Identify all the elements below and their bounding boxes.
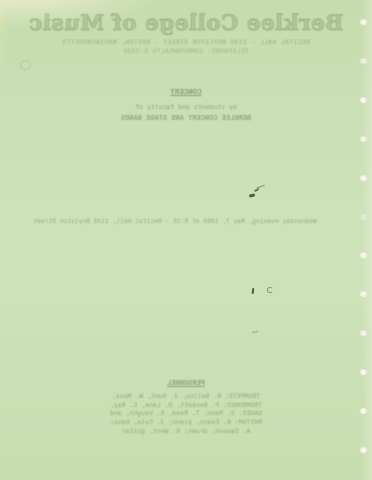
ghost-personnel-line: A. Dawson, drums; G. West, guitar bbox=[0, 428, 372, 437]
ink-tick-mark bbox=[252, 288, 254, 294]
ghost-personnel-heading: PERSONNEL bbox=[0, 380, 372, 388]
ghost-personnel-line: TROMBONES: P. Beckett, D. Lane, C. Ray, bbox=[0, 402, 372, 411]
punch-hole bbox=[360, 251, 367, 258]
ghost-letterhead-title: Berklee College of Music bbox=[0, 11, 372, 36]
ghost-program-line2: BERKLEE CONCERT AND STAGE BANDS bbox=[0, 115, 372, 123]
punch-hole bbox=[360, 96, 367, 103]
ghost-personnel-line: SAXES: G. Mann, T. Reed, S. Vaughn, and bbox=[0, 410, 372, 419]
ink-squiggle-mark bbox=[257, 185, 265, 189]
scanned-page-verso: Berklee College of Music RECITAL HALL - … bbox=[0, 0, 372, 480]
ghost-program-line1: by students and faculty of bbox=[0, 104, 372, 111]
ghost-personnel-line: TRUMPETS: R. Ballou, J. Hunt, W. Moss, bbox=[0, 393, 372, 402]
ink-squiggle-mark bbox=[254, 188, 259, 192]
ink-blot-mark bbox=[249, 193, 255, 197]
faint-smudge-mark bbox=[20, 60, 31, 70]
ghost-personnel-line: RHYTHM: B. Evans, piano; J. Cole, bass; bbox=[0, 419, 372, 428]
punch-hole bbox=[360, 57, 367, 64]
punch-hole bbox=[360, 213, 367, 220]
ghost-event-line: Wednesday evening, May 7, 1969 at 8:15 -… bbox=[0, 218, 372, 225]
punch-hole bbox=[360, 174, 367, 181]
punch-hole bbox=[360, 135, 367, 142]
punch-hole bbox=[360, 290, 367, 297]
faint-dash-mark bbox=[252, 330, 258, 333]
punch-hole bbox=[360, 368, 367, 375]
ghost-letterhead-address-line1: RECITAL HALL - 1140 BOYLSTON STREET - BO… bbox=[0, 39, 372, 46]
punch-hole bbox=[360, 329, 367, 336]
ink-curl-mark bbox=[267, 287, 273, 293]
punch-hole bbox=[360, 446, 367, 453]
punch-hole bbox=[360, 407, 367, 414]
ghost-letterhead-address-line2: TELEPHONE: COMMONWEALTH 6-3336 bbox=[0, 48, 372, 55]
ghost-program-heading: CONCERT bbox=[0, 89, 372, 97]
ghost-personnel-lines: TRUMPETS: R. Ballou, J. Hunt, W. Moss, T… bbox=[0, 393, 372, 437]
punch-hole bbox=[360, 18, 367, 25]
